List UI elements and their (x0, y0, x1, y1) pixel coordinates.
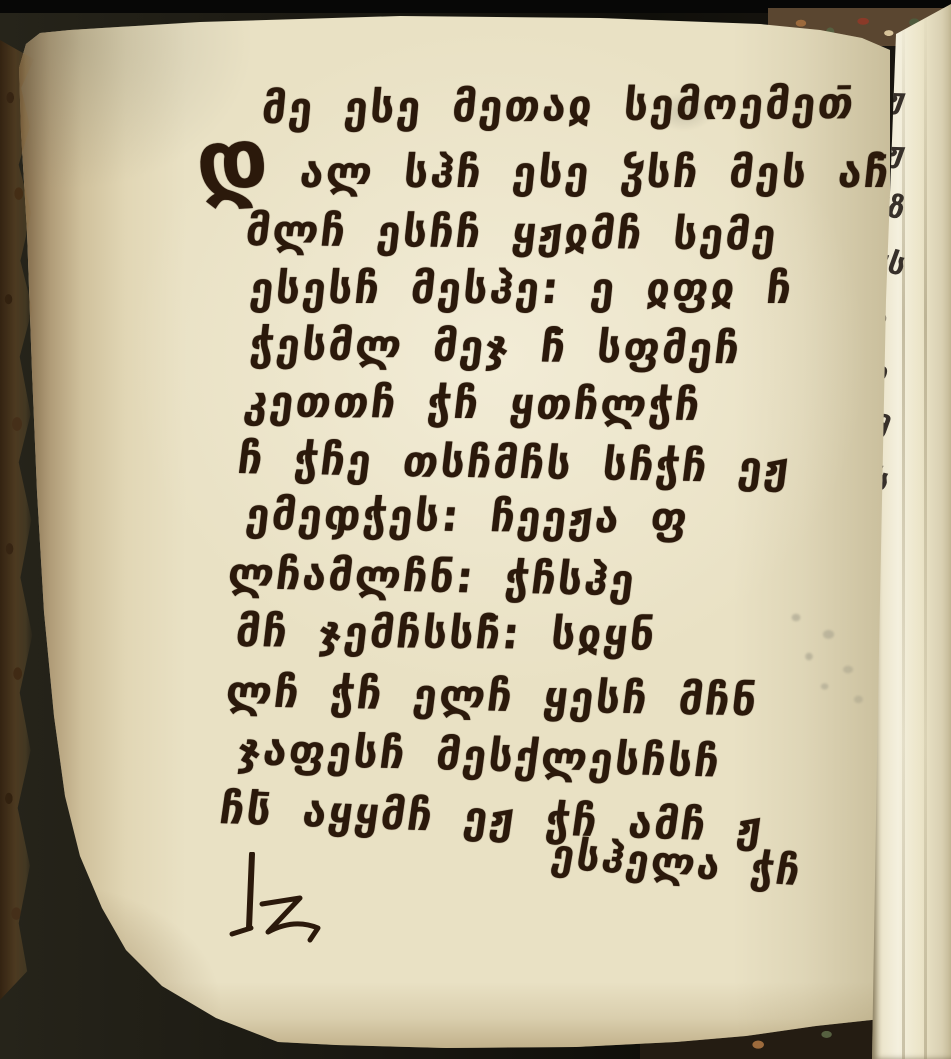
manuscript-text-line: მე ესე მეთაჲ სემოემეთ̄ (260, 79, 858, 134)
manuscript-text-line: კეთთჩ ჭჩ ყთჩლჭჩ (241, 377, 704, 431)
manuscript-text-line: ლჩამლჩნ: ჭჩსჰე (225, 549, 639, 606)
page-crease (924, 0, 927, 1059)
manuscript-photo: მჟჰჟჴზჟსაჲმს დ მე ესე მეთაჲ სემოემეთ̄ალ … (0, 0, 951, 1059)
manuscript-text-line: ლჩ ჭჩ ელჩ ყესჩ მჩნ (223, 667, 761, 726)
manuscript-text-line: მლჩ ესჩჩ ყჟჲმჩ სემე (243, 206, 781, 261)
manuscript-text-line: ალ სჰჩ ესე ჴსჩ მეს აჩ̄ (297, 148, 893, 198)
manuscript-text-line: მჩ ჯემჩსსჩ̄: სჲყნ (233, 607, 659, 661)
manuscript-text-line: ჭესმლ მეჯ ჩ̄ სფმეჩ (247, 320, 744, 374)
ink-show-through (770, 598, 900, 728)
manuscript-text-line: ჩ ჭჩე თსჩმჩს სჩჭჩ ეჟ (235, 434, 794, 494)
manuscript-text-line: ესესჩ მესჰე: ე ჲფჲ ჩ (247, 264, 795, 314)
catchword-flourish-icon (214, 852, 334, 962)
manuscript-text-line: ემეჶჭეს: ჩეეჟა ფ (243, 490, 692, 544)
